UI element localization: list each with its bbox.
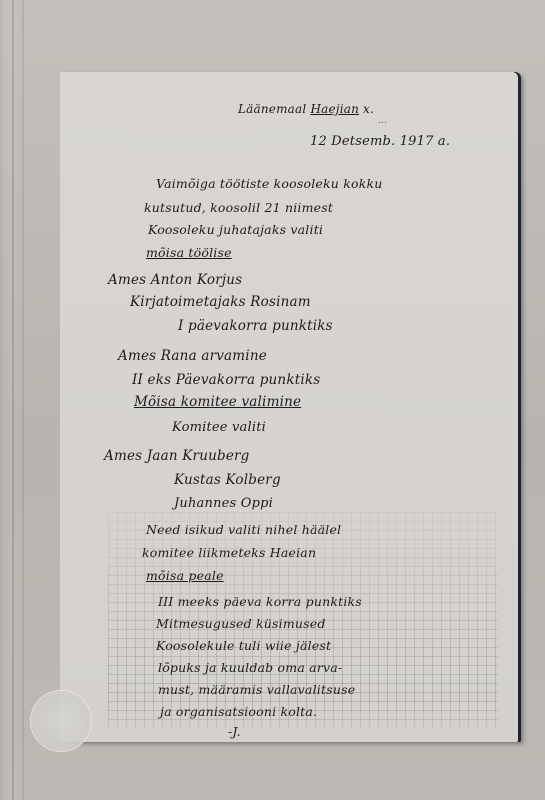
text-line: komitee liikmeteks Haeian <box>142 545 316 560</box>
text-line: mõisa töölise <box>146 245 232 260</box>
text-line: Ames Rana arvamine <box>118 348 267 364</box>
text-line: II eks Päevakorra punktiks <box>132 372 320 388</box>
text-line: kutsutud, koosolil 21 niimest <box>144 200 333 215</box>
text-line: Mõisa komitee valimine <box>134 394 301 410</box>
board-seam <box>12 0 14 800</box>
pencil-note: … <box>378 116 387 126</box>
archive-stamp <box>30 690 92 752</box>
text-line: must, määramis vallavalitsuse <box>158 682 355 697</box>
header-prefix: Läänemaal <box>238 102 306 116</box>
text-line: lõpuks ja kuuldab oma arva- <box>158 660 342 675</box>
document-sheet: Läänemaal Haejian x. … 12 Detsemb. 1917 … <box>60 72 518 742</box>
header-place: Haejian <box>310 102 359 116</box>
header-numeral: x. <box>363 102 374 116</box>
text-line: Need isikud valiti nihel häälel <box>146 522 341 537</box>
signature-mark: -J. <box>228 724 241 739</box>
text-line: mõisa peale <box>146 568 224 583</box>
board-seam <box>22 0 24 800</box>
header-title: Läänemaal Haejian x. <box>238 102 374 116</box>
text-line: Ames Jaan Kruuberg <box>104 448 250 464</box>
text-line: Koosolekule tuli wiie jälest <box>156 638 331 653</box>
text-line: Mitmesugused küsimused <box>156 616 326 631</box>
text-line: Vaimõiga töötiste koosoleku kokku <box>156 176 383 191</box>
text-line: I päevakorra punktiks <box>178 318 333 334</box>
text-line: Juhannes Oppi <box>174 496 273 511</box>
text-line: III meeks päeva korra punktiks <box>158 594 362 609</box>
text-line: Koosoleku juhatajaks valiti <box>148 222 323 237</box>
text-line: ja organisatsiooni kolta. <box>160 704 317 719</box>
text-line: Ames Anton Korjus <box>108 272 242 288</box>
document-date: 12 Detsemb. 1917 a. <box>310 134 450 149</box>
text-line: Komitee valiti <box>172 420 266 435</box>
text-line: Kirjatoimetajaks Rosinam <box>130 294 311 310</box>
text-line: Kustas Kolberg <box>174 472 281 488</box>
